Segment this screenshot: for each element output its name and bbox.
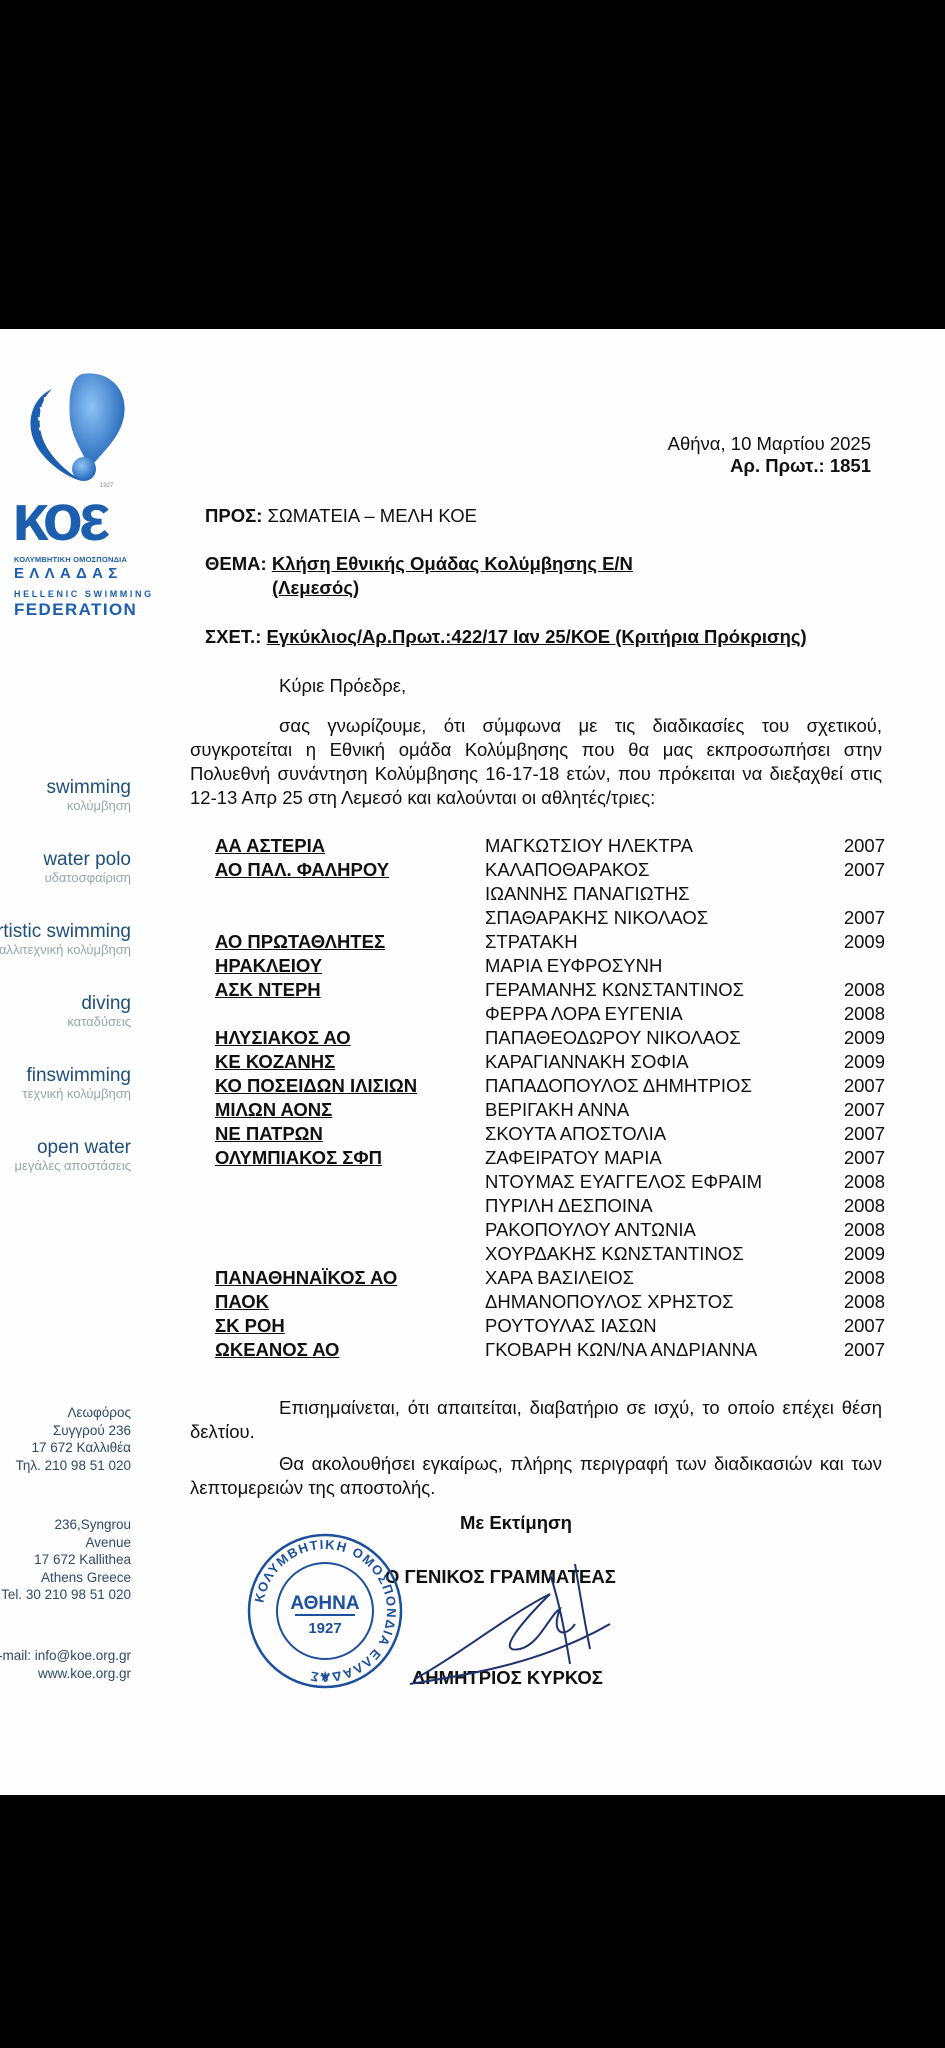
roster-row: ΟΛΥΜΠΙΑΚΟΣ ΣΦΠΖΑΦΕΙΡΑΤΟΥ ΜΑΡΙΑ2007 — [215, 1146, 885, 1170]
birth-year: 2008 — [830, 978, 885, 1002]
roster-row: ΚΕ ΚΟΖΑΝΗΣΚΑΡΑΓΙΑΝΝΑΚΗ ΣΟΦΙΑ2009 — [215, 1050, 885, 1074]
club-name: ΑΑ ΑΣΤΕΡΙΑ — [215, 834, 485, 858]
athlete-name: ΓΚΟΒΑΡΗ ΚΩΝ/ΝΑ ΑΝΔΡΙΑΝΝΑ — [485, 1338, 830, 1362]
sport-item: swimmingκολύμβηση — [0, 777, 131, 814]
reference-line: ΣΧΕΤ.: Εγκύκλιος/Αρ.Πρωτ.:422/17 Ιαν 25/… — [205, 625, 807, 649]
club-name: ΑΣΚ ΝΤΕΡΗ — [215, 978, 485, 1002]
athlete-name: ΦΕΡΡΑ ΛΟΡΑ ΕΥΓΕΝΙΑ — [485, 1002, 830, 1026]
roster-row: ΦΕΡΡΑ ΛΟΡΑ ΕΥΓΕΝΙΑ2008 — [215, 1002, 885, 1026]
club-name — [215, 1194, 485, 1218]
sport-item: finswimmingτεχνική κολύμβηση — [0, 1065, 131, 1102]
birth-year: 2007 — [830, 1146, 885, 1170]
svg-text:1927: 1927 — [308, 1620, 341, 1637]
club-name: ΩΚΕΑΝΟΣ ΑΟ — [215, 1338, 485, 1362]
koe-logo: 1927 κοε ΚΟΛΥΜΒΗΤΙΚΗ ΟΜΟΣΠΟΝΔΙΑ ΕΛΛΑΔΑΣ … — [12, 369, 137, 494]
club-name: ΠΑΟΚ — [215, 1290, 485, 1314]
roster-row: ΠΑΝΑΘΗΝΑΪΚΟΣ ΑΟΧΑΡΑ ΒΑΣΙΛΕΙΟΣ2008 — [215, 1266, 885, 1290]
org-name-en-2: FEDERATION — [14, 600, 137, 620]
birth-year: 2008 — [830, 1170, 885, 1194]
athlete-name: ΡΑΚΟΠΟΥΛΟΥ ΑΝΤΩΝΙΑ — [485, 1218, 830, 1242]
club-name — [215, 1242, 485, 1266]
birth-year — [830, 882, 885, 906]
club-name — [215, 1002, 485, 1026]
athlete-roster: ΑΑ ΑΣΤΕΡΙΑΜΑΓΚΩΤΣΙΟΥ ΗΛΕΚΤΡΑ2007ΑΟ ΠΑΛ. … — [215, 834, 885, 1362]
birth-year: 2008 — [830, 1002, 885, 1026]
address-greek: ΛεωφόροςΣυγγρού 23617 672 ΚαλλιθέαΤηλ. 2… — [0, 1404, 131, 1474]
roster-row: ΑΟ ΠΑΛ. ΦΑΛΗΡΟΥΚΑΛΑΠΟΘΑΡΑΚΟΣ2007 — [215, 858, 885, 882]
roster-row: ΚΟ ΠΟΣΕΙΔΩΝ ΙΛΙΣΙΩΝΠΑΠΑΔΟΠΟΥΛΟΣ ΔΗΜΗΤΡΙΟ… — [215, 1074, 885, 1098]
athlete-name: ΖΑΦΕΙΡΑΤΟΥ ΜΑΡΙΑ — [485, 1146, 830, 1170]
handwritten-signature — [400, 1554, 660, 1694]
roster-row: ΑΟ ΠΡΩΤΑΘΛΗΤΕΣΣΤΡΑΤΑΚΗ2009 — [215, 930, 885, 954]
athlete-name: ΝΤΟΥΜΑΣ ΕΥΑΓΓΕΛΟΣ ΕΦΡΑΙΜ — [485, 1170, 830, 1194]
roster-row: ΜΙΛΩΝ ΑΟΝΣΒΕΡΙΓΑΚΗ ΑΝΝΑ2007 — [215, 1098, 885, 1122]
subject-line-2: (Λεμεσός) — [272, 576, 359, 600]
birth-year: 2007 — [830, 1338, 885, 1362]
roster-row: ΝΕ ΠΑΤΡΩΝΣΚΟΥΤΑ ΑΠΟΣΤΟΛΙΑ2007 — [215, 1122, 885, 1146]
athlete-name: ΒΕΡΙΓΑΚΗ ΑΝΝΑ — [485, 1098, 830, 1122]
roster-row: ΣΠΑΘΑΡΑΚΗΣ ΝΙΚΟΛΑΟΣ2007 — [215, 906, 885, 930]
athlete-name: ΠΑΠΑΔΟΠΟΥΛΟΣ ΔΗΜΗΤΡΙΟΣ — [485, 1074, 830, 1098]
website-link[interactable]: www.koe.org.gr — [0, 1665, 131, 1683]
salutation: Κύριε Πρόεδρε, — [190, 674, 882, 698]
org-name-gr-1: ΚΟΛΥΜΒΗΤΙΚΗ ΟΜΟΣΠΟΝΔΙΑ — [14, 555, 127, 564]
svg-text:ΑΘΗΝΑ: ΑΘΗΝΑ — [290, 1593, 359, 1614]
athlete-name: ΡΟΥΤΟΥΛΑΣ ΙΑΣΩΝ — [485, 1314, 830, 1338]
roster-row: ΠΥΡΙΛΗ ΔΕΣΠΟΙΝΑ2008 — [215, 1194, 885, 1218]
birth-year: 2007 — [830, 1098, 885, 1122]
sport-item: open waterμεγάλες αποστάσεις — [0, 1137, 131, 1174]
birth-year: 2009 — [830, 1026, 885, 1050]
athlete-name: ΓΕΡΑΜΑΝΗΣ ΚΩΝΣΤΑΝΤΙΝΟΣ — [485, 978, 830, 1002]
club-name: ΑΟ ΠΑΛ. ΦΑΛΗΡΟΥ — [215, 858, 485, 882]
closing: Με Εκτίμηση — [460, 1512, 572, 1534]
logo-wordmark: κοε — [12, 487, 106, 547]
roster-row: ΧΟΥΡΔΑΚΗΣ ΚΩΝΣΤΑΝΤΙΝΟΣ2009 — [215, 1242, 885, 1266]
roster-row: ΗΛΥΣΙΑΚΟΣ ΑΟΠΑΠΑΘΕΟΔΩΡΟΥ ΝΙΚΟΛΑΟΣ2009 — [215, 1026, 885, 1050]
club-name: ΗΡΑΚΛΕΙΟΥ — [215, 954, 485, 978]
official-stamp: ΚΟΛΥΜΒΗΤΙΚΗ ΟΜΟΣΠΟΝΔΙΑ ΕΛΛΑΔΑΣ ΑΘΗΝΑ 192… — [245, 1531, 405, 1691]
birth-year: 2008 — [830, 1218, 885, 1242]
passport-note: Επισημαίνεται, ότι απαιτείται, διαβατήρι… — [190, 1396, 882, 1444]
address-english: 236,SyngrouAvenue17 672 KallitheaAthens … — [0, 1516, 131, 1604]
protocol-number: Αρ. Πρωτ.: 1851 — [668, 455, 871, 477]
athlete-name: ΜΑΓΚΩΤΣΙΟΥ ΗΛΕΚΤΡΑ — [485, 834, 830, 858]
club-name: ΜΙΛΩΝ ΑΟΝΣ — [215, 1098, 485, 1122]
org-name-gr-2: ΕΛΛΑΔΑΣ — [14, 565, 123, 582]
athlete-name: ΚΑΛΑΠΟΘΑΡΑΚΟΣ — [485, 858, 830, 882]
roster-row: ΣΚ ΡΟΗΡΟΥΤΟΥΛΑΣ ΙΑΣΩΝ2007 — [215, 1314, 885, 1338]
athlete-name: ΠΑΠΑΘΕΟΔΩΡΟΥ ΝΙΚΟΛΑΟΣ — [485, 1026, 830, 1050]
contact-info: e-mail: info@koe.org.gr www.koe.org.gr — [0, 1647, 131, 1682]
birth-year: 2008 — [830, 1194, 885, 1218]
athlete-name: ΣΤΡΑΤΑΚΗ — [485, 930, 830, 954]
star-icon: ★ — [319, 1668, 332, 1684]
club-name: ΚΕ ΚΟΖΑΝΗΣ — [215, 1050, 485, 1074]
sport-item: artistic swimmingκαλλιτεχνική κολύμβηση — [0, 921, 131, 958]
sport-item: divingκαταδύσεις — [0, 993, 131, 1030]
athlete-name: ΧΑΡΑ ΒΑΣΙΛΕΙΟΣ — [485, 1266, 830, 1290]
birth-year: 2007 — [830, 1314, 885, 1338]
club-name: ΠΑΝΑΘΗΝΑΪΚΟΣ ΑΟ — [215, 1266, 485, 1290]
club-name — [215, 1218, 485, 1242]
sport-item: water poloυδατοσφαίριση — [0, 849, 131, 886]
roster-row: ΗΡΑΚΛΕΙΟΥΜΑΡΙΑ ΕΥΦΡΟΣΥΝΗ — [215, 954, 885, 978]
athlete-name: ΣΠΑΘΑΡΑΚΗΣ ΝΙΚΟΛΑΟΣ — [485, 906, 830, 930]
club-name — [215, 1170, 485, 1194]
roster-row: ΑΑ ΑΣΤΕΡΙΑΜΑΓΚΩΤΣΙΟΥ ΗΛΕΚΤΡΑ2007 — [215, 834, 885, 858]
club-name — [215, 906, 485, 930]
roster-row: ΑΣΚ ΝΤΕΡΗΓΕΡΑΜΑΝΗΣ ΚΩΝΣΤΑΝΤΙΝΟΣ2008 — [215, 978, 885, 1002]
org-name-en-1: HELLENIC SWIMMING — [14, 589, 154, 599]
subject-line: ΘΕΜΑ: Κλήση Εθνικής Ομάδας Κολύμβησης Ε/… — [205, 552, 633, 576]
athlete-name: ΜΑΡΙΑ ΕΥΦΡΟΣΥΝΗ — [485, 954, 830, 978]
roster-row: ΠΑΟΚΔΗΜΑΝΟΠΟΥΛΟΣ ΧΡΗΣΤΟΣ2008 — [215, 1290, 885, 1314]
email-link[interactable]: e-mail: info@koe.org.gr — [0, 1647, 131, 1665]
birth-year — [830, 954, 885, 978]
club-name: ΗΛΥΣΙΑΚΟΣ ΑΟ — [215, 1026, 485, 1050]
athlete-name: ΠΥΡΙΛΗ ΔΕΣΠΟΙΝΑ — [485, 1194, 830, 1218]
intro-paragraph: σας γνωρίζουμε, ότι σύμφωνα με τις διαδι… — [190, 714, 882, 810]
roster-row: ΡΑΚΟΠΟΥΛΟΥ ΑΝΤΩΝΙΑ2008 — [215, 1218, 885, 1242]
recipient-line: ΠΡΟΣ: ΣΩΜΑΤΕΙΑ – ΜΕΛΗ ΚΟΕ — [205, 504, 477, 528]
followup-note: Θα ακολουθήσει εγκαίρως, πλήρης περιγραφ… — [190, 1452, 882, 1500]
swimmer-drop-icon: 1927 — [12, 369, 137, 489]
date-block: Αθήνα, 10 Μαρτίου 2025 Αρ. Πρωτ.: 1851 — [668, 433, 871, 477]
letter-page: 1927 κοε ΚΟΛΥΜΒΗΤΙΚΗ ΟΜΟΣΠΟΝΔΙΑ ΕΛΛΑΔΑΣ … — [0, 329, 945, 1795]
club-name: ΝΕ ΠΑΤΡΩΝ — [215, 1122, 485, 1146]
club-name: ΚΟ ΠΟΣΕΙΔΩΝ ΙΛΙΣΙΩΝ — [215, 1074, 485, 1098]
roster-row: ΙΩΑΝΝΗΣ ΠΑΝΑΓΙΩΤΗΣ — [215, 882, 885, 906]
birth-year: 2007 — [830, 1122, 885, 1146]
birth-year: 2007 — [830, 906, 885, 930]
roster-row: ΝΤΟΥΜΑΣ ΕΥΑΓΓΕΛΟΣ ΕΦΡΑΙΜ2008 — [215, 1170, 885, 1194]
athlete-name: ΙΩΑΝΝΗΣ ΠΑΝΑΓΙΩΤΗΣ — [485, 882, 830, 906]
club-name: ΟΛΥΜΠΙΑΚΟΣ ΣΦΠ — [215, 1146, 485, 1170]
birth-year: 2009 — [830, 1050, 885, 1074]
birth-year: 2009 — [830, 1242, 885, 1266]
sports-list: swimmingκολύμβηση water poloυδατοσφαίρισ… — [0, 777, 131, 1209]
birth-year: 2007 — [830, 1074, 885, 1098]
club-name: ΑΟ ΠΡΩΤΑΘΛΗΤΕΣ — [215, 930, 485, 954]
athlete-name: ΣΚΟΥΤΑ ΑΠΟΣΤΟΛΙΑ — [485, 1122, 830, 1146]
athlete-name: ΚΑΡΑΓΙΑΝΝΑΚΗ ΣΟΦΙΑ — [485, 1050, 830, 1074]
birth-year: 2008 — [830, 1266, 885, 1290]
athlete-name: ΧΟΥΡΔΑΚΗΣ ΚΩΝΣΤΑΝΤΙΝΟΣ — [485, 1242, 830, 1266]
letter-date: Αθήνα, 10 Μαρτίου 2025 — [668, 433, 871, 455]
birth-year: 2008 — [830, 1290, 885, 1314]
birth-year: 2007 — [830, 834, 885, 858]
birth-year: 2007 — [830, 858, 885, 882]
club-name: ΣΚ ΡΟΗ — [215, 1314, 485, 1338]
athlete-name: ΔΗΜΑΝΟΠΟΥΛΟΣ ΧΡΗΣΤΟΣ — [485, 1290, 830, 1314]
roster-row: ΩΚΕΑΝΟΣ ΑΟΓΚΟΒΑΡΗ ΚΩΝ/ΝΑ ΑΝΔΡΙΑΝΝΑ2007 — [215, 1338, 885, 1362]
birth-year: 2009 — [830, 930, 885, 954]
club-name — [215, 882, 485, 906]
